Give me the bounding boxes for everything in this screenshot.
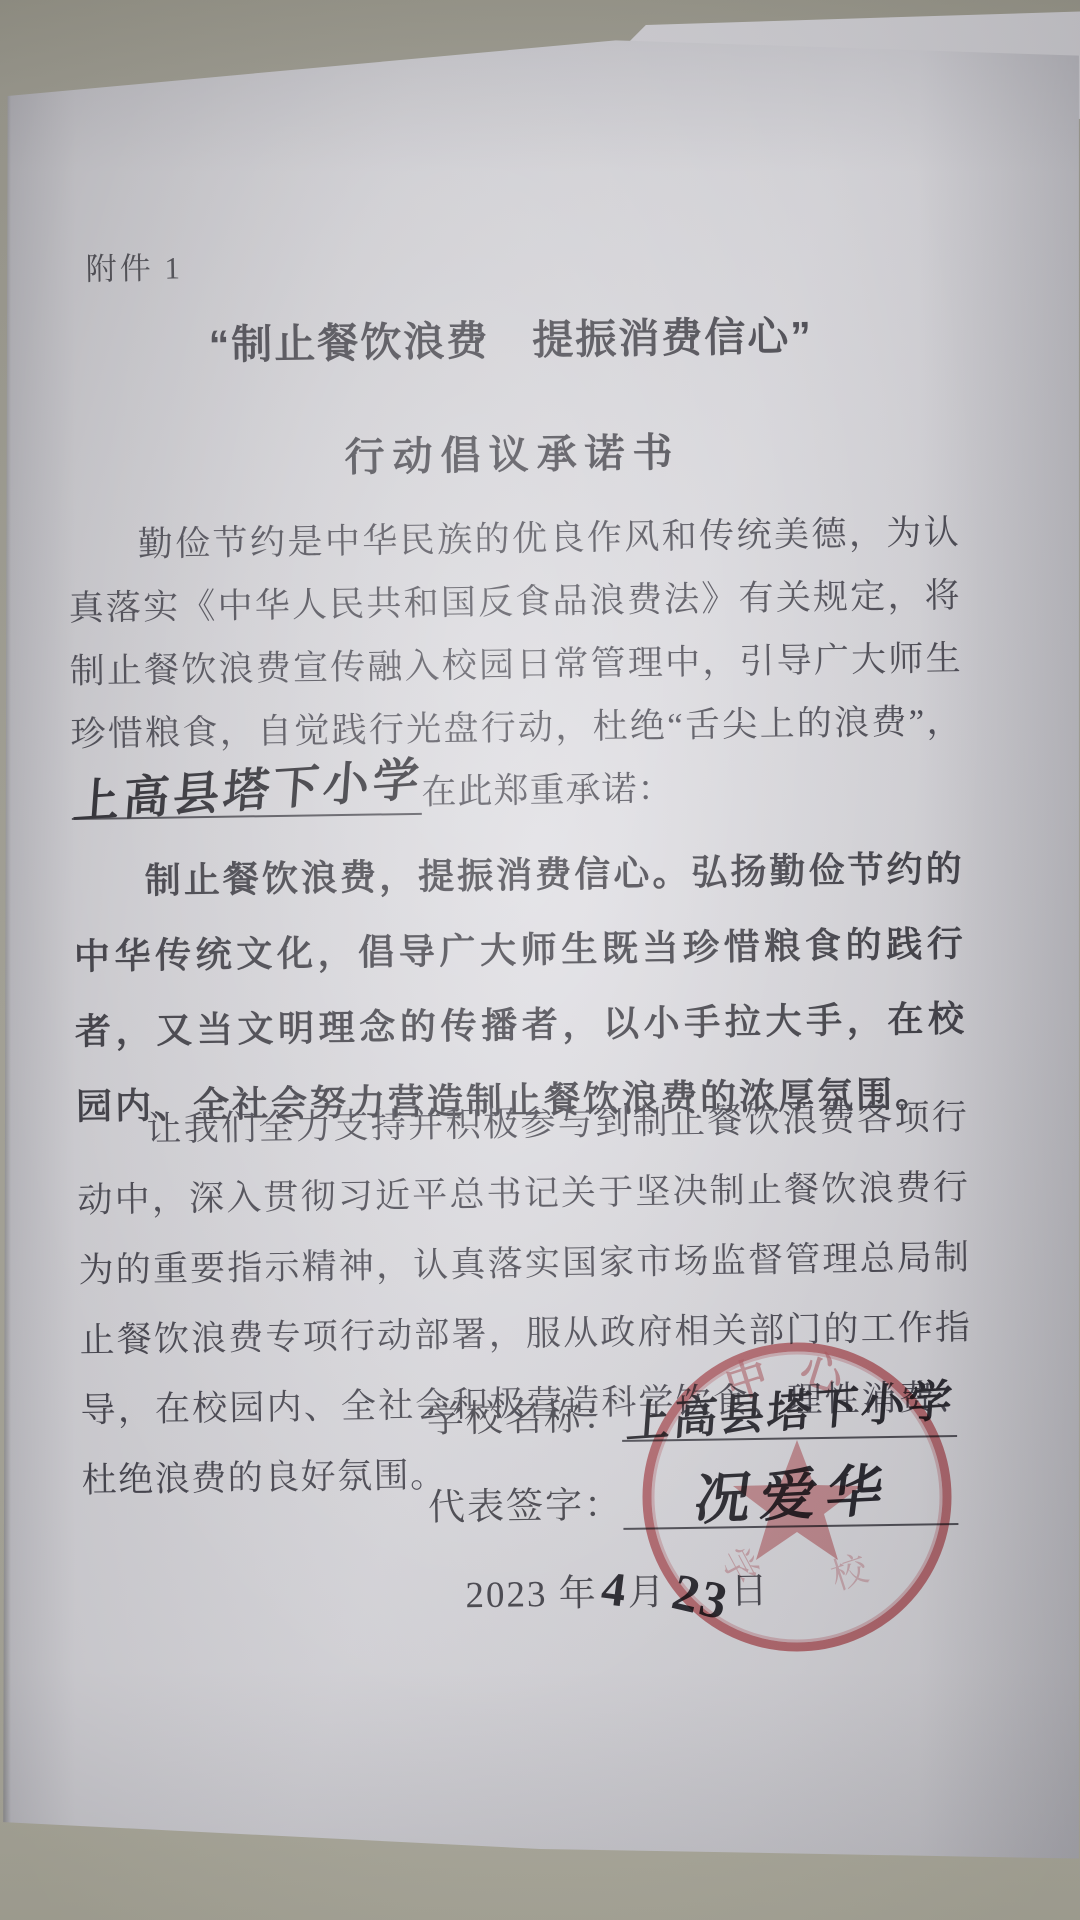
document-title: “制止餐饮浪费 提振消费信心”: [64, 301, 957, 373]
official-red-seal: 中心 学 校: [628, 1328, 966, 1666]
date-year: 2023 年: [465, 1573, 598, 1616]
handwritten-school-name: 上高县塔下小学: [72, 761, 424, 822]
paragraph-opening-tail: 在此郑重承诺：: [421, 769, 674, 812]
attachment-label: 附件 1: [85, 242, 183, 288]
paragraph-opening: 勤俭节约是中华民族的优良作风和传统美德，为认真落实《中华人民共和国反食品浪费法》…: [67, 501, 964, 829]
document-paper: 附件 1 “制止餐饮浪费 提振消费信心” 行动倡议承诺书 勤俭节约是中华民族的优…: [0, 0, 1080, 1920]
date-month-handwritten: 4: [600, 1572, 630, 1609]
paper-edge-shadow: [0, 90, 11, 1830]
seal-star-icon: [733, 1440, 861, 1560]
paragraph-opening-text: 勤俭节约是中华民族的优良作风和传统美德，为认真落实《中华人民共和国反食品浪费法》…: [68, 513, 962, 754]
photo-scene: 附件 1 “制止餐饮浪费 提振消费信心” 行动倡议承诺书 勤俭节约是中华民族的优…: [0, 0, 1080, 1920]
representative-signature-label: 代表签字：: [428, 1485, 624, 1529]
document-subtitle: 行动倡议承诺书: [66, 417, 959, 487]
handwritten-school-blank: 上高县塔下小学: [71, 771, 422, 820]
school-name-label: 学校名称：: [427, 1397, 623, 1441]
seal-text-fragment: 学: [713, 1541, 766, 1592]
